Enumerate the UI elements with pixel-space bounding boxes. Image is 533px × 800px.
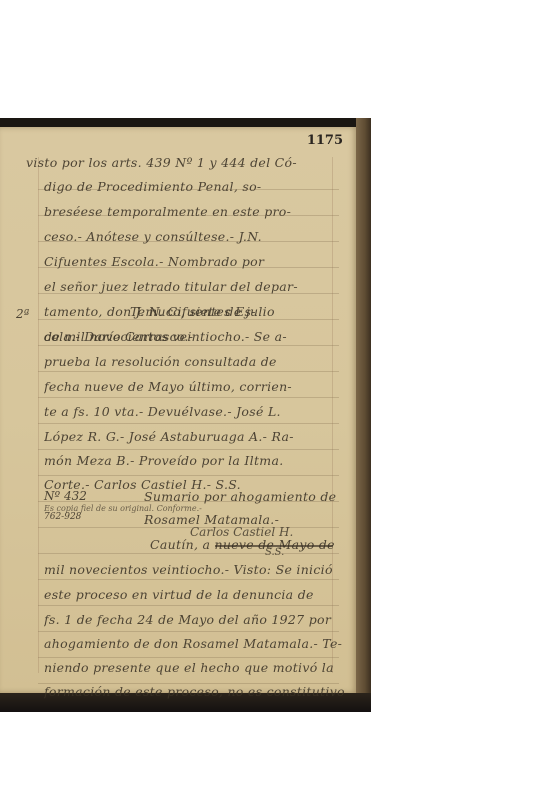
text-line: prueba la resolución consultada de bbox=[44, 354, 344, 369]
text-line: el señor juez letrado titular del depar- bbox=[44, 279, 344, 294]
ruled-line bbox=[38, 631, 339, 632]
ruled-line bbox=[38, 475, 339, 476]
ruled-line bbox=[38, 553, 339, 554]
text-line: Es copia fiel de su original. Conforme.- bbox=[44, 504, 344, 513]
text-line: Cifuentes Escola.- Nombrado por bbox=[44, 254, 344, 269]
ruled-line bbox=[38, 527, 339, 528]
text-line: López R. G.- José Astaburuaga A.- Ra- bbox=[44, 429, 344, 444]
ruled-line bbox=[38, 397, 339, 398]
text-line: de mil novecientos veintiocho.- Se a- bbox=[44, 329, 344, 344]
document-photo: 1175 visto por los arts. 439 Nº 1 y 444 … bbox=[0, 118, 371, 712]
ruled-line bbox=[38, 449, 339, 450]
text-line: fecha nueve de Mayo último, corrien- bbox=[44, 379, 344, 394]
page-number: 1175 bbox=[307, 133, 343, 148]
left-margin-line bbox=[38, 157, 39, 673]
text-line: breséese temporalmente en este pro- bbox=[44, 204, 344, 219]
ruled-line bbox=[38, 579, 339, 580]
ruled-line bbox=[38, 423, 339, 424]
ruled-line bbox=[38, 683, 339, 684]
signature: Carlos Castiel H. bbox=[190, 525, 293, 539]
book-spine bbox=[356, 118, 371, 712]
ruled-line bbox=[38, 345, 339, 346]
text-line: te a fs. 10 vta.- Devuélvase.- José L. bbox=[44, 404, 344, 419]
ruled-line bbox=[38, 371, 339, 372]
text-line: Temuco, siete de julio bbox=[130, 304, 344, 319]
register-page: 1175 visto por los arts. 439 Nº 1 y 444 … bbox=[0, 127, 357, 693]
text-line: digo de Procedimiento Penal, so- bbox=[44, 179, 344, 194]
ruled-line bbox=[38, 657, 339, 658]
margin-mark: 2ª bbox=[16, 307, 29, 321]
text-line: visto por los arts. 439 Nº 1 y 444 del C… bbox=[26, 155, 326, 170]
page-bottom-edge bbox=[0, 693, 371, 712]
ruled-line bbox=[38, 501, 339, 502]
ruled-line bbox=[38, 319, 339, 320]
text-line: ceso.- Anótese y consúltese.- J.N. bbox=[44, 229, 344, 244]
text-line: Corte.- Carlos Castiel H.- S.S. bbox=[44, 477, 344, 492]
ruled-line bbox=[38, 605, 339, 606]
text-line: món Meza B.- Proveído por la Iltma. bbox=[44, 453, 344, 468]
signature-flourish: S.S. bbox=[265, 547, 284, 558]
